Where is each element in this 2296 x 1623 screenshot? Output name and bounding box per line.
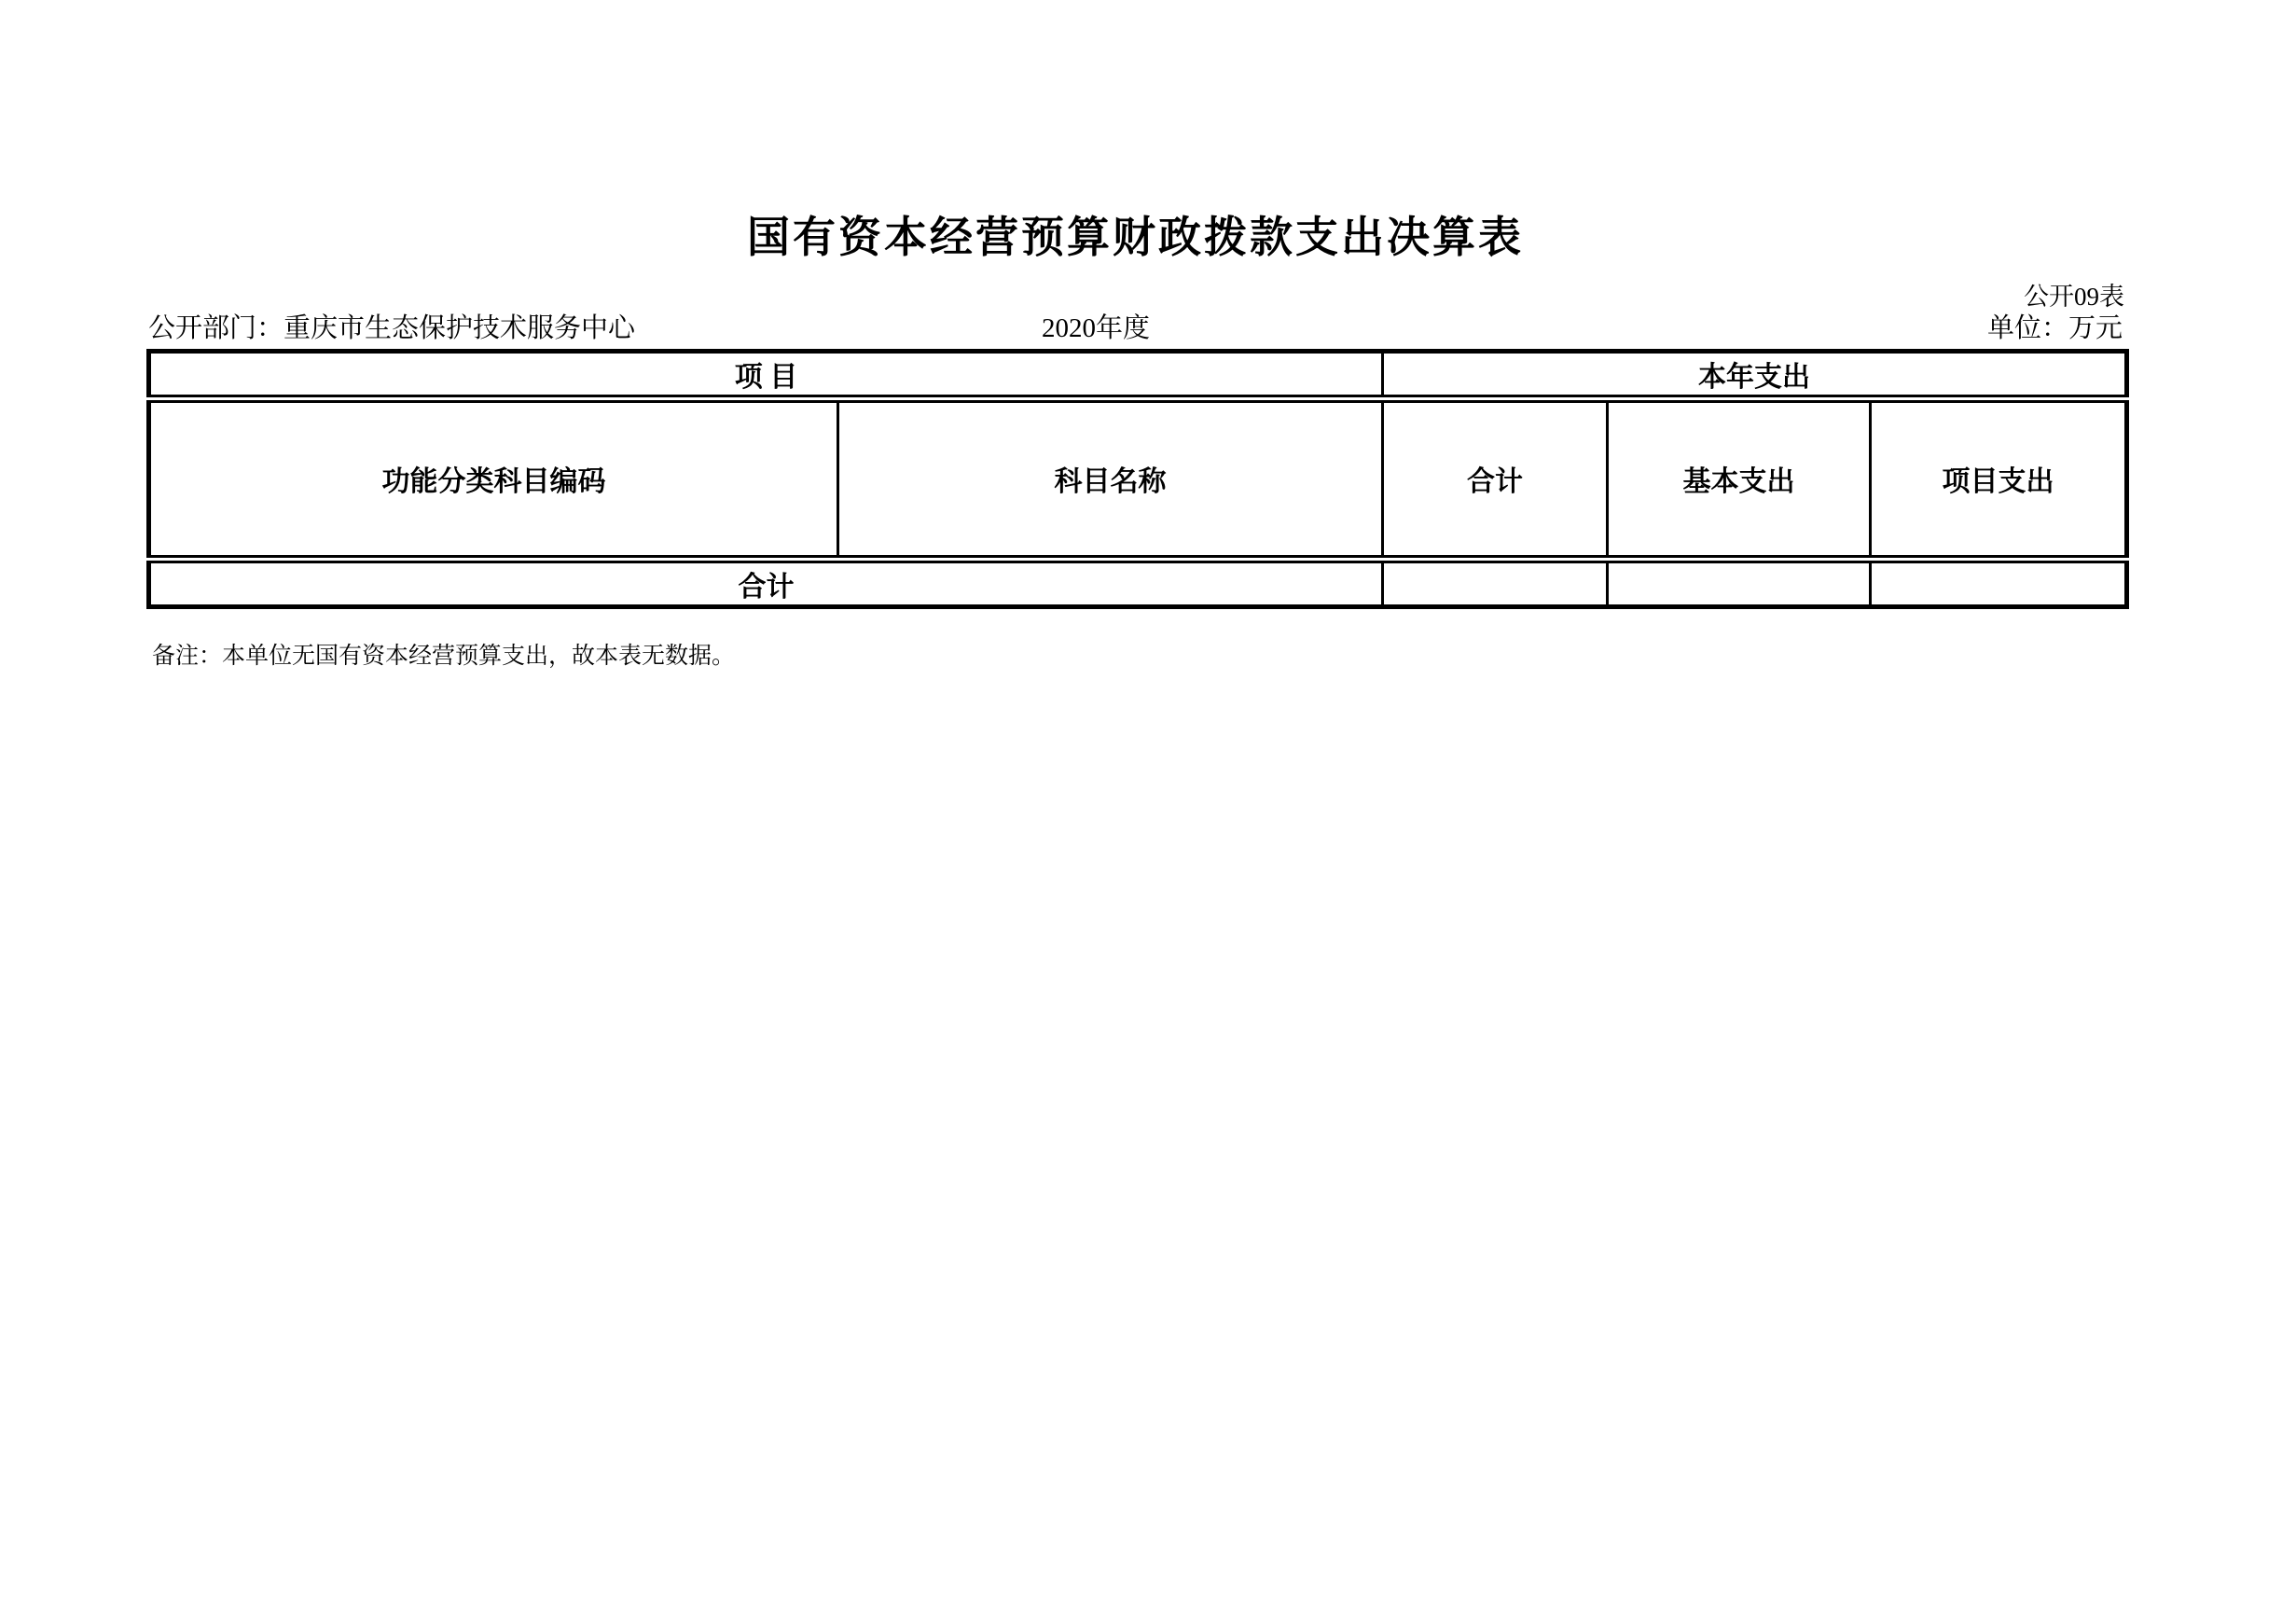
report-title: 国有资本经营预算财政拨款支出决算表 bbox=[146, 203, 2124, 265]
department-label: 公开部门：重庆市生态保护技术服务中心 bbox=[148, 310, 635, 347]
total-row-project-value bbox=[1871, 559, 2127, 606]
col-header-total: 合计 bbox=[1383, 398, 1608, 559]
table-code-label: 公开09表 bbox=[146, 284, 2124, 312]
col-header-function-code: 功能分类科目编码 bbox=[149, 398, 838, 559]
note-text: 备注：本单位无国有资本经营预算支出，故本表无数据。 bbox=[152, 637, 2124, 671]
budget-table: 项 目 本年支出 功能分类科目编码 科目名称 合计 基本支出 项目支出 合计 bbox=[146, 349, 2129, 609]
group-header-project: 项 目 bbox=[149, 351, 1383, 398]
table-group-header-row: 项 目 本年支出 bbox=[149, 351, 2127, 398]
table-row-total: 合计 bbox=[149, 559, 2127, 606]
fiscal-year-label: 2020年度 bbox=[1042, 310, 1150, 347]
col-header-subject-name: 科目名称 bbox=[838, 398, 1383, 559]
total-row-basic-value bbox=[1608, 559, 1871, 606]
unit-label: 单位：万元 bbox=[1987, 310, 2123, 347]
group-header-current-year-expenditure: 本年支出 bbox=[1383, 351, 2127, 398]
total-row-label: 合计 bbox=[149, 559, 1383, 606]
table-column-header-row: 功能分类科目编码 科目名称 合计 基本支出 项目支出 bbox=[149, 398, 2127, 559]
report-sheet: 国有资本经营预算财政拨款支出决算表 公开09表 公开部门：重庆市生态保护技术服务… bbox=[146, 0, 2124, 671]
total-row-total-value bbox=[1383, 559, 1608, 606]
col-header-project-expenditure: 项目支出 bbox=[1871, 398, 2127, 559]
col-header-basic-expenditure: 基本支出 bbox=[1608, 398, 1871, 559]
meta-row: 公开部门：重庆市生态保护技术服务中心 2020年度 单位：万元 bbox=[146, 312, 2124, 349]
